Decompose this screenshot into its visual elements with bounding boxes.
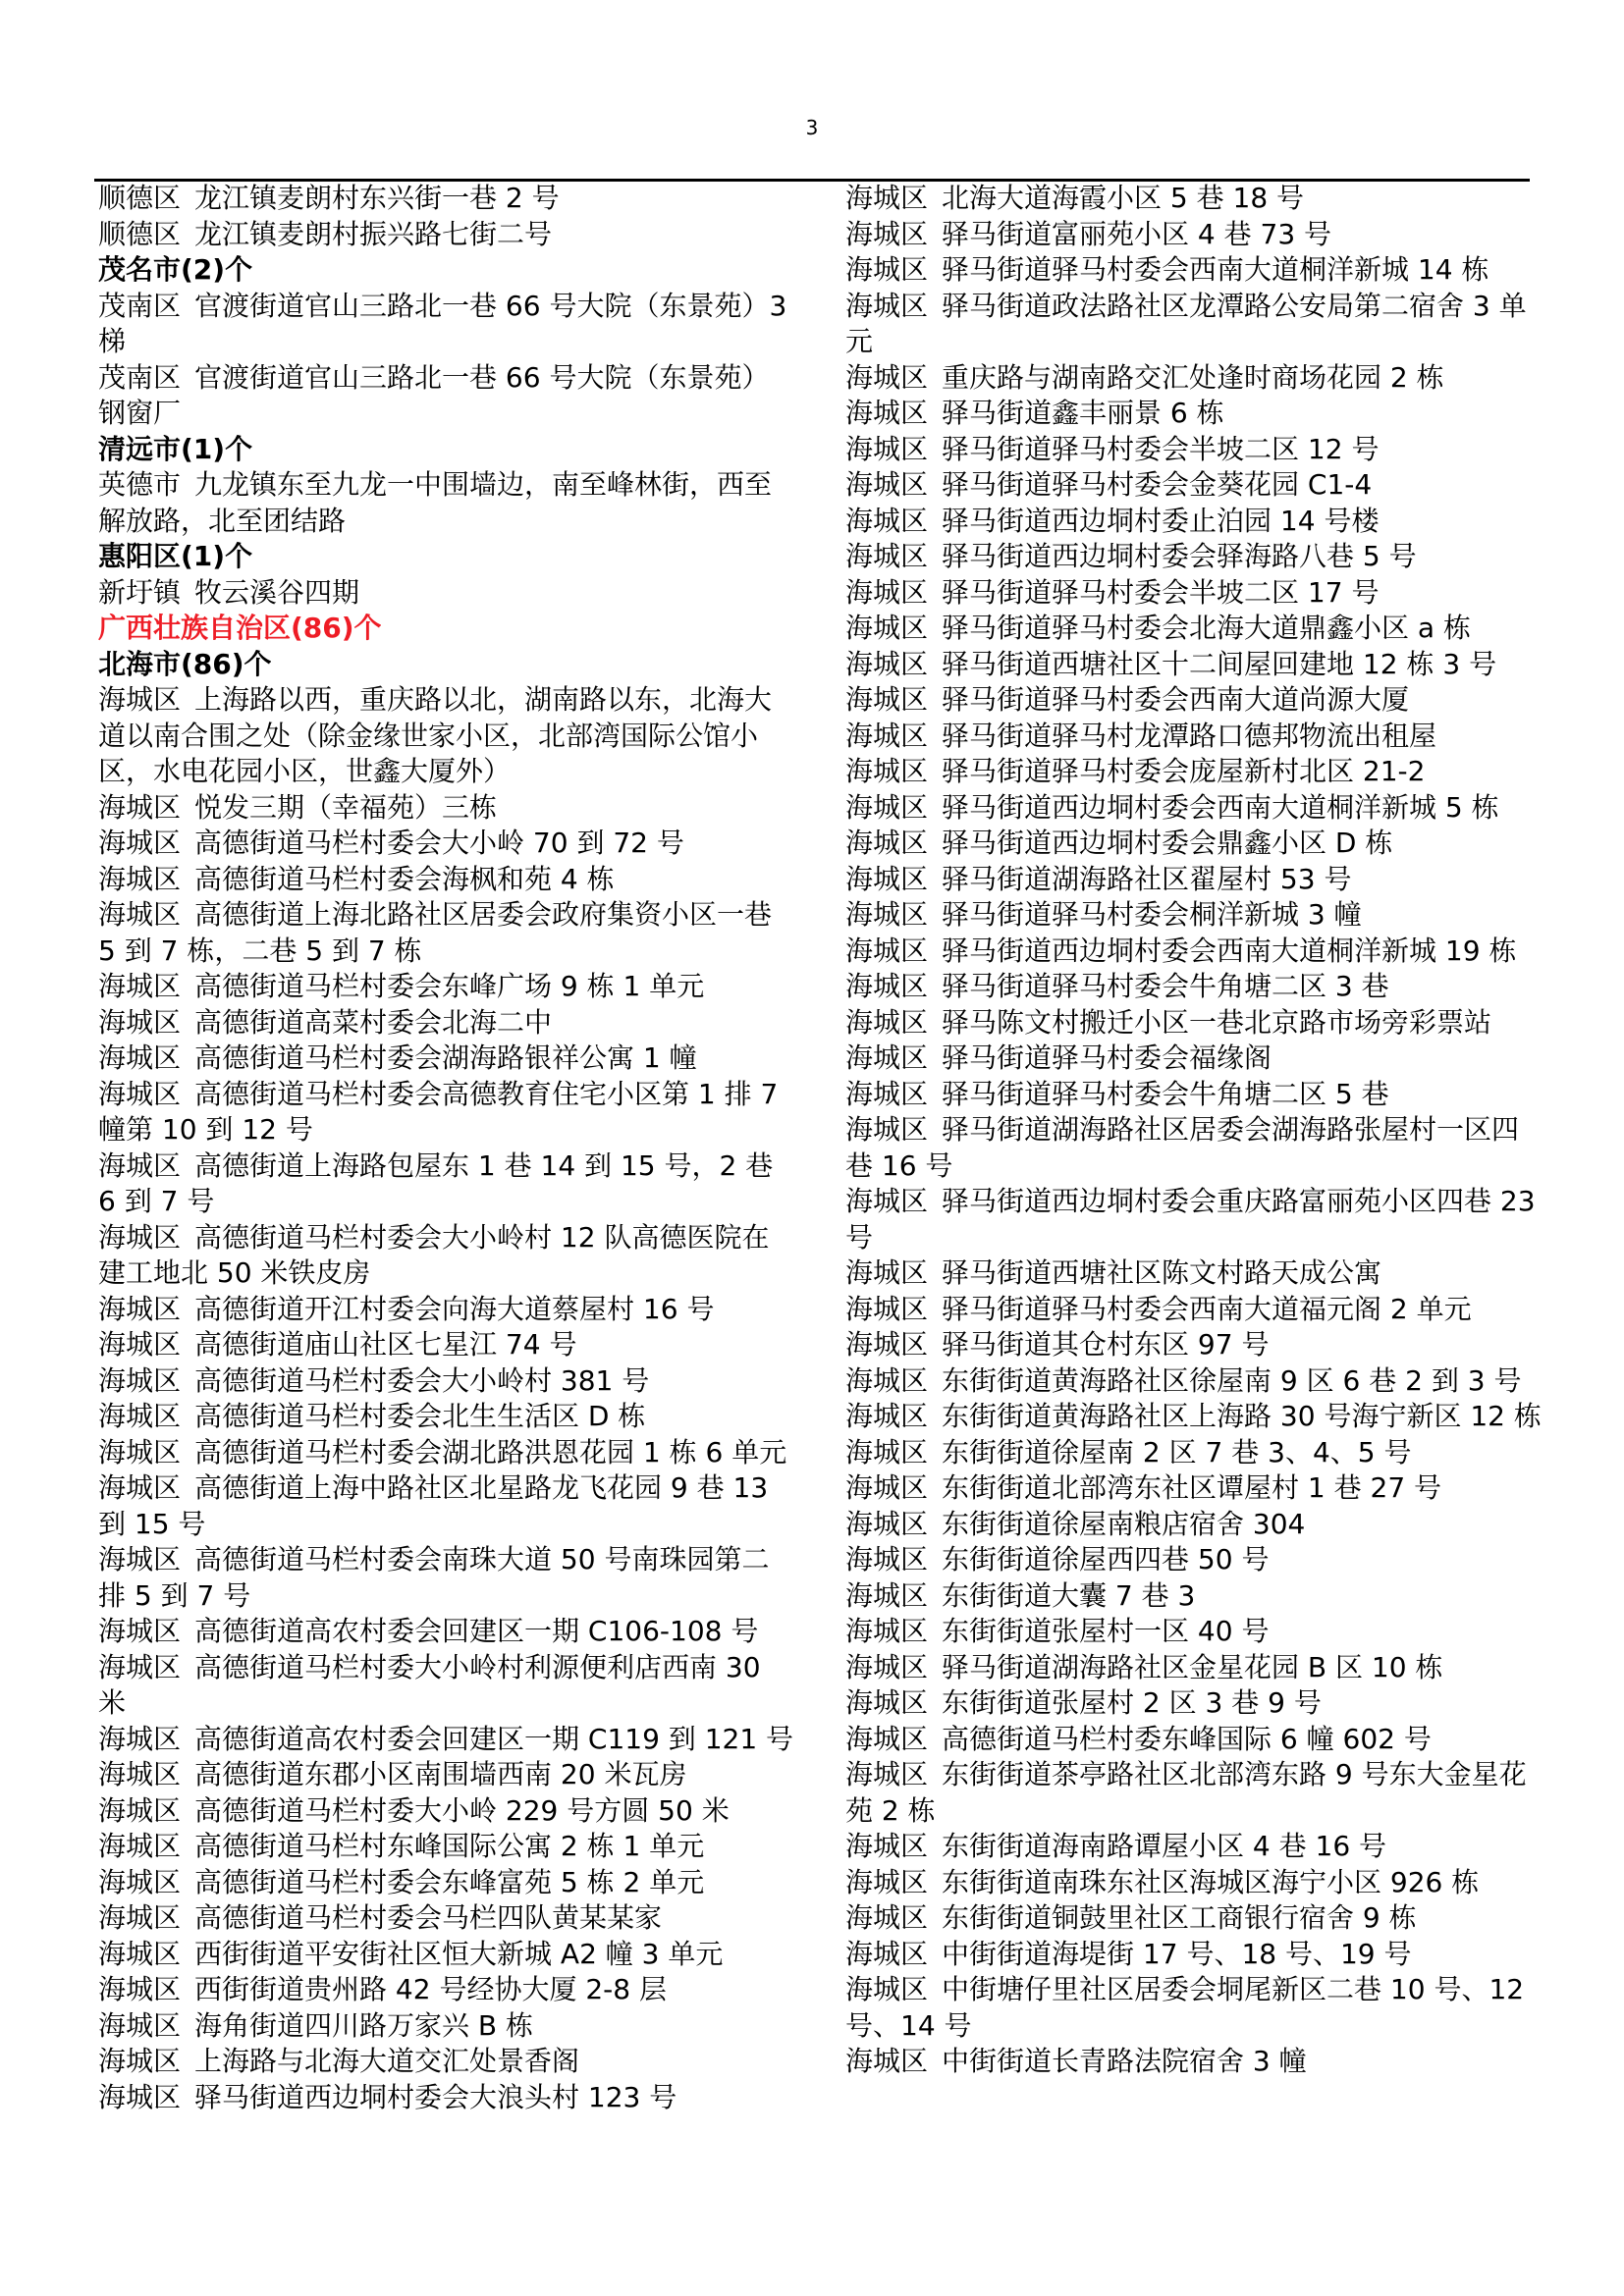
address-text: 驿马街道西边垌村委会重庆路富丽苑小区四巷 23 号 — [845, 1185, 1536, 1254]
district-label: 海城区 — [845, 648, 928, 680]
address-entry: 顺德区龙江镇麦朗村东兴街一巷 2 号 — [98, 181, 795, 217]
district-label: 海城区 — [98, 2081, 181, 2113]
address-entry: 海城区高德街道马栏村委会大小岭村 12 队高德医院在建工地北 50 米铁皮房 — [98, 1220, 795, 1292]
address-text: 高德街道马栏村委东峰国际 6 幢 602 号 — [942, 1723, 1432, 1755]
district-label: 海城区 — [845, 898, 928, 931]
address-entry: 海城区高德街道上海北路社区居委会政府集资小区一巷 5 到 7 栋，二巷 5 到 … — [98, 897, 795, 969]
address-text: 高德街道马栏村委会大小岭村 12 队高德医院在建工地北 50 米铁皮房 — [98, 1221, 769, 1290]
district-label: 顺德区 — [98, 218, 181, 250]
district-label: 海城区 — [845, 1328, 928, 1361]
district-label: 海城区 — [845, 1508, 928, 1540]
address-entry: 海城区东街街道张屋村 2 区 3 巷 9 号 — [845, 1685, 1543, 1722]
district-label: 茂南区 — [98, 361, 181, 394]
district-label: 顺德区 — [98, 182, 181, 214]
district-label: 海城区 — [845, 1543, 928, 1575]
district-label: 海城区 — [98, 1794, 181, 1827]
address-entry: 海城区驿马街道政法路社区龙潭路公安局第二宿舍 3 单元 — [845, 289, 1543, 360]
address-text: 九龙镇东至九龙一中围墙边，南至峰林街，西至解放路，北至团结路 — [98, 468, 772, 537]
district-label: 海城区 — [845, 1006, 928, 1039]
address-text: 重庆路与湖南路交汇处逢时商场花园 2 栋 — [942, 361, 1444, 394]
address-text: 高德街道东郡小区南围墙西南 20 米瓦房 — [194, 1758, 686, 1790]
address-text: 龙江镇麦朗村振兴路七街二号 — [194, 218, 552, 250]
district-label: 海城区 — [98, 1651, 181, 1683]
address-entry: 海城区高德街道马栏村东峰国际公寓 2 栋 1 单元 — [98, 1829, 795, 1865]
district-label: 海城区 — [845, 1938, 928, 1970]
address-entry: 海城区海角街道四川路万家兴 B 栋 — [98, 2008, 795, 2045]
address-entry: 海城区高德街道马栏村委会大小岭 70 到 72 号 — [98, 826, 795, 862]
city-heading: 惠阳区(1)个 — [98, 539, 795, 575]
address-text: 驿马街道驿马村委会福缘阁 — [942, 1041, 1272, 1074]
address-entry: 海城区北海大道海霞小区 5 巷 18 号 — [845, 181, 1543, 217]
district-label: 海城区 — [845, 791, 928, 824]
address-entry: 海城区高德街道高菜村委会北海二中 — [98, 1005, 795, 1041]
district-label: 海城区 — [845, 218, 928, 250]
district-label: 海城区 — [98, 1221, 181, 1254]
address-text: 驿马街道西边垌村委会驿海路八巷 5 号 — [942, 540, 1417, 572]
district-label: 海城区 — [845, 1651, 928, 1683]
address-entry: 海城区驿马街道驿马村委会北海大道鼎鑫小区 a 栋 — [845, 611, 1543, 647]
address-text: 高德街道马栏村委会南珠大道 50 号南珠园第二排 5 到 7 号 — [98, 1543, 769, 1612]
district-label: 海城区 — [98, 1830, 181, 1862]
district-label: 海城区 — [98, 1328, 181, 1361]
address-text: 驿马街道驿马村委会金葵花园 C1-4 — [942, 468, 1372, 501]
district-label: 海城区 — [98, 1866, 181, 1898]
district-label: 海城区 — [98, 683, 181, 716]
address-text: 西街街道贵州路 42 号经协大厦 2-8 层 — [194, 1973, 667, 2005]
address-text: 海角街道四川路万家兴 B 栋 — [194, 2009, 533, 2042]
district-label: 海城区 — [845, 1723, 928, 1755]
district-label: 茂南区 — [98, 290, 181, 322]
address-entry: 海城区驿马街道驿马村委会福缘阁 — [845, 1041, 1543, 1077]
address-text: 驿马街道富丽苑小区 4 巷 73 号 — [942, 218, 1331, 250]
address-text: 东街街道黄海路社区徐屋南 9 区 6 巷 2 到 3 号 — [942, 1364, 1521, 1397]
district-label: 海城区 — [98, 970, 181, 1002]
address-entry: 海城区东街街道大囊 7 巷 3 — [845, 1578, 1543, 1615]
address-text: 东街街道徐屋南粮店宿舍 304 — [942, 1508, 1305, 1540]
district-label: 海城区 — [845, 1901, 928, 1934]
city-heading: 北海市(86)个 — [98, 647, 795, 683]
address-text: 驿马街道西边垌村委会鼎鑫小区 D 栋 — [942, 827, 1392, 859]
left-column: 顺德区龙江镇麦朗村东兴街一巷 2 号顺德区龙江镇麦朗村振兴路七街二号茂名市(2)… — [98, 181, 795, 2115]
page-number: 3 — [0, 116, 1624, 139]
address-text: 驿马街道驿马村委会半坡二区 12 号 — [942, 433, 1379, 465]
address-text: 龙江镇麦朗村东兴街一巷 2 号 — [194, 182, 560, 214]
district-label: 海城区 — [98, 1543, 181, 1575]
address-text: 中街塘仔里社区居委会垌尾新区二巷 10 号、12 号、14 号 — [845, 1973, 1524, 2042]
address-entry: 海城区驿马街道驿马村委会西南大道尚源大厦 — [845, 682, 1543, 719]
district-label: 海城区 — [845, 1293, 928, 1325]
district-label: 海城区 — [845, 397, 928, 429]
address-entry: 海城区高德街道马栏村委会大小岭村 381 号 — [98, 1363, 795, 1400]
address-entry: 海城区驿马街道驿马村委会半坡二区 17 号 — [845, 575, 1543, 612]
address-text: 驿马街道湖海路社区居委会湖海路张屋村一区四巷 16 号 — [845, 1113, 1519, 1182]
district-label: 海城区 — [98, 2045, 181, 2077]
address-text: 上海路以西，重庆路以北，湖南路以东，北海大道以南合围之处（除金缘世家小区，北部湾… — [98, 683, 772, 787]
district-label: 海城区 — [845, 755, 928, 787]
address-text: 高德街道马栏村委会湖海路银祥公寓 1 幢 — [194, 1041, 697, 1074]
address-text: 高德街道马栏村东峰国际公寓 2 栋 1 单元 — [194, 1830, 704, 1862]
address-entry: 海城区驿马陈文村搬迁小区一巷北京路市场旁彩票站 — [845, 1005, 1543, 1041]
district-label: 海城区 — [845, 827, 928, 859]
address-entry: 海城区东街街道黄海路社区徐屋南 9 区 6 巷 2 到 3 号 — [845, 1363, 1543, 1400]
district-label: 海城区 — [98, 1006, 181, 1039]
address-text: 驿马街道驿马村委会西南大道桐洋新城 14 栋 — [942, 253, 1489, 286]
address-text: 驿马街道西塘社区十二间屋回建地 12 栋 3 号 — [942, 648, 1496, 680]
district-label: 海城区 — [98, 1973, 181, 2005]
address-text: 高德街道庙山社区七星江 74 号 — [194, 1328, 576, 1361]
address-entry: 海城区高德街道马栏村委会东峰富苑 5 栋 2 单元 — [98, 1865, 795, 1901]
district-label: 海城区 — [845, 1471, 928, 1504]
address-entry: 海城区驿马街道驿马村委会金葵花园 C1-4 — [845, 467, 1543, 504]
address-text: 东街街道茶亭路社区北部湾东路 9 号东大金星花苑 2 栋 — [845, 1758, 1527, 1827]
district-label: 新圩镇 — [98, 576, 181, 609]
address-text: 高德街道高农村委会回建区一期 C106-108 号 — [194, 1615, 758, 1647]
address-entry: 茂南区官渡街道官山三路北一巷 66 号大院（东景苑）钢窗厂 — [98, 360, 795, 432]
address-entry: 海城区驿马街道湖海路社区金星花园 B 区 10 栋 — [845, 1650, 1543, 1686]
address-entry: 海城区重庆路与湖南路交汇处逢时商场花园 2 栋 — [845, 360, 1543, 397]
district-label: 海城区 — [98, 1078, 181, 1110]
district-label: 海城区 — [845, 1686, 928, 1719]
address-entry: 海城区高德街道马栏村委会马栏四队黄某某家 — [98, 1900, 795, 1937]
address-text: 悦发三期（幸福苑）三栋 — [194, 791, 497, 824]
address-entry: 海城区中街街道长青路法院宿舍 3 幢 — [845, 2044, 1543, 2080]
address-entry: 海城区驿马街道西边垌村委会西南大道桐洋新城 19 栋 — [845, 934, 1543, 970]
address-entry: 海城区驿马街道西边垌村委止泊园 14 号楼 — [845, 504, 1543, 540]
address-entry: 海城区高德街道上海路包屋东 1 巷 14 到 15 号，2 巷 6 到 7 号 — [98, 1148, 795, 1220]
address-entry: 海城区驿马街道鑫丰丽景 6 栋 — [845, 396, 1543, 432]
district-label: 海城区 — [845, 1973, 928, 2005]
address-entry: 英德市九龙镇东至九龙一中围墙边，南至峰林街，西至解放路，北至团结路 — [98, 467, 795, 539]
district-label: 海城区 — [845, 433, 928, 465]
province-heading: 广西壮族自治区(86)个 — [98, 611, 795, 647]
district-label: 海城区 — [98, 2009, 181, 2042]
district-label: 海城区 — [845, 1041, 928, 1074]
district-label: 海城区 — [845, 1400, 928, 1432]
address-entry: 海城区驿马街道驿马村委会半坡二区 12 号 — [845, 432, 1543, 468]
address-text: 高德街道马栏村委会海枫和苑 4 栋 — [194, 863, 615, 895]
address-text: 驿马街道政法路社区龙潭路公安局第二宿舍 3 单元 — [845, 290, 1527, 358]
address-entry: 海城区高德街道马栏村委会南珠大道 50 号南珠园第二排 5 到 7 号 — [98, 1542, 795, 1614]
address-entry: 海城区东街街道海南路谭屋小区 4 巷 16 号 — [845, 1829, 1543, 1865]
address-text: 高德街道马栏村委大小岭村利源便利店西南 30 米 — [98, 1651, 761, 1720]
address-text: 驿马街道西塘社区陈文村路天成公寓 — [942, 1256, 1381, 1289]
address-text: 驿马街道驿马村委会西南大道尚源大厦 — [942, 683, 1409, 716]
address-text: 驿马街道驿马村委会牛角塘二区 5 巷 — [942, 1078, 1389, 1110]
address-entry: 海城区高德街道马栏村委会湖海路银祥公寓 1 幢 — [98, 1041, 795, 1077]
address-text: 官渡街道官山三路北一巷 66 号大院（东景苑）钢窗厂 — [98, 361, 769, 430]
address-text: 驿马街道西边垌村委止泊园 14 号楼 — [942, 505, 1379, 537]
address-text: 东街街道徐屋西四巷 50 号 — [942, 1543, 1269, 1575]
district-label: 海城区 — [845, 1615, 928, 1647]
district-label: 海城区 — [98, 1938, 181, 1970]
address-text: 高德街道马栏村委会高德教育住宅小区第 1 排 7 幢第 10 到 12 号 — [98, 1078, 778, 1147]
address-text: 高德街道马栏村委会大小岭村 381 号 — [194, 1364, 649, 1397]
address-text: 驿马街道驿马村委会西南大道福元阁 2 单元 — [942, 1293, 1472, 1325]
address-entry: 海城区东街街道徐屋西四巷 50 号 — [845, 1542, 1543, 1578]
district-label: 海城区 — [98, 863, 181, 895]
district-label: 海城区 — [98, 1436, 181, 1468]
address-text: 驿马街道驿马村委会庞屋新村北区 21-2 — [942, 755, 1425, 787]
address-entry: 海城区东街街道徐屋南 2 区 7 巷 3、4、5 号 — [845, 1435, 1543, 1471]
district-label: 海城区 — [845, 1758, 928, 1790]
district-label: 海城区 — [98, 1723, 181, 1755]
address-text: 高德街道马栏村委会大小岭 70 到 72 号 — [194, 827, 684, 859]
district-label: 海城区 — [845, 1113, 928, 1146]
address-entry: 海城区驿马街道驿马村委会桐洋新城 3 幢 — [845, 897, 1543, 934]
address-entry: 海城区高德街道马栏村委会海枫和苑 4 栋 — [98, 862, 795, 898]
address-text: 东街街道张屋村一区 40 号 — [942, 1615, 1269, 1647]
district-label: 海城区 — [845, 182, 928, 214]
address-text: 高德街道马栏村委会马栏四队黄某某家 — [194, 1901, 662, 1934]
address-entry: 海城区上海路与北海大道交汇处景香阁 — [98, 2044, 795, 2080]
district-label: 海城区 — [845, 361, 928, 394]
address-text: 高德街道高菜村委会北海二中 — [194, 1006, 552, 1039]
address-entry: 海城区高德街道高农村委会回建区一期 C106-108 号 — [98, 1614, 795, 1650]
address-text: 驿马街道西边垌村委会西南大道桐洋新城 5 栋 — [942, 791, 1499, 824]
address-entry: 海城区驿马街道驿马村委会西南大道桐洋新城 14 栋 — [845, 252, 1543, 289]
address-text: 东街街道南珠东社区海城区海宁小区 926 栋 — [942, 1866, 1479, 1898]
address-entry: 海城区高德街道开江村委会向海大道蔡屋村 16 号 — [98, 1292, 795, 1328]
district-label: 海城区 — [845, 863, 928, 895]
address-text: 西街街道平安街社区恒大新城 A2 幢 3 单元 — [194, 1938, 723, 1970]
address-text: 东街街道徐屋南 2 区 7 巷 3、4、5 号 — [942, 1436, 1411, 1468]
city-heading: 茂名市(2)个 — [98, 252, 795, 289]
address-entry: 海城区东街街道茶亭路社区北部湾东路 9 号东大金星花苑 2 栋 — [845, 1757, 1543, 1829]
district-label: 海城区 — [845, 2045, 928, 2077]
address-text: 高德街道马栏村委会北生生活区 D 栋 — [194, 1400, 645, 1432]
address-entry: 海城区高德街道马栏村委会高德教育住宅小区第 1 排 7 幢第 10 到 12 号 — [98, 1077, 795, 1148]
district-label: 海城区 — [98, 1471, 181, 1504]
address-text: 东街街道大囊 7 巷 3 — [942, 1579, 1195, 1612]
address-entry: 海城区东街街道黄海路社区上海路 30 号海宁新区 12 栋 — [845, 1399, 1543, 1435]
address-text: 高德街道马栏村委会东峰广场 9 栋 1 单元 — [194, 970, 704, 1002]
district-label: 海城区 — [845, 1436, 928, 1468]
address-text: 北海大道海霞小区 5 巷 18 号 — [942, 182, 1304, 214]
address-entry: 海城区西街街道平安街社区恒大新城 A2 幢 3 单元 — [98, 1937, 795, 1973]
address-text: 东街街道张屋村 2 区 3 巷 9 号 — [942, 1686, 1322, 1719]
district-label: 海城区 — [845, 970, 928, 1002]
address-text: 中街街道海堤街 17 号、18 号、19 号 — [942, 1938, 1412, 1970]
district-label: 海城区 — [845, 1078, 928, 1110]
address-entry: 海城区驿马街道驿马村委会牛角塘二区 3 巷 — [845, 969, 1543, 1005]
address-entry: 海城区高德街道上海中路社区北星路龙飞花园 9 巷 13 到 15 号 — [98, 1470, 795, 1542]
address-text: 高德街道高农村委会回建区一期 C119 到 121 号 — [194, 1723, 793, 1755]
address-entry: 海城区高德街道东郡小区南围墙西南 20 米瓦房 — [98, 1757, 795, 1793]
address-text: 高德街道开江村委会向海大道蔡屋村 16 号 — [194, 1293, 714, 1325]
district-label: 海城区 — [845, 468, 928, 501]
district-label: 海城区 — [98, 1615, 181, 1647]
address-entry: 海城区高德街道马栏村委东峰国际 6 幢 602 号 — [845, 1722, 1543, 1758]
address-entry: 海城区驿马街道驿马村委会牛角塘二区 5 巷 — [845, 1077, 1543, 1113]
district-label: 海城区 — [845, 1185, 928, 1217]
district-label: 海城区 — [98, 1149, 181, 1182]
district-label: 海城区 — [845, 683, 928, 716]
city-heading: 清远市(1)个 — [98, 432, 795, 468]
district-label: 海城区 — [845, 540, 928, 572]
address-entry: 海城区中街塘仔里社区居委会垌尾新区二巷 10 号、12 号、14 号 — [845, 1972, 1543, 2044]
address-entry: 海城区驿马街道湖海路社区翟屋村 53 号 — [845, 862, 1543, 898]
address-entry: 海城区东街街道北部湾东社区谭屋村 1 巷 27 号 — [845, 1470, 1543, 1507]
address-text: 驿马街道湖海路社区翟屋村 53 号 — [942, 863, 1351, 895]
district-label: 海城区 — [845, 1256, 928, 1289]
address-entry: 海城区驿马街道驿马村委会西南大道福元阁 2 单元 — [845, 1292, 1543, 1328]
address-entry: 海城区上海路以西，重庆路以北，湖南路以东，北海大道以南合围之处（除金缘世家小区，… — [98, 682, 795, 790]
right-column: 海城区北海大道海霞小区 5 巷 18 号海城区驿马街道富丽苑小区 4 巷 73 … — [845, 181, 1543, 2080]
district-label: 海城区 — [98, 1364, 181, 1397]
address-text: 驿马街道驿马村委会桐洋新城 3 幢 — [942, 898, 1362, 931]
district-label: 海城区 — [845, 1579, 928, 1612]
address-entry: 海城区高德街道马栏村委会北生生活区 D 栋 — [98, 1399, 795, 1435]
address-text: 驿马街道驿马村委会北海大道鼎鑫小区 a 栋 — [942, 612, 1471, 644]
district-label: 海城区 — [98, 1041, 181, 1074]
district-label: 海城区 — [845, 505, 928, 537]
district-label: 海城区 — [845, 612, 928, 644]
address-entry: 海城区驿马街道西塘社区陈文村路天成公寓 — [845, 1255, 1543, 1292]
address-entry: 海城区高德街道马栏村委大小岭村利源便利店西南 30 米 — [98, 1650, 795, 1722]
district-label: 英德市 — [98, 468, 181, 501]
address-entry: 海城区驿马街道驿马村委会庞屋新村北区 21-2 — [845, 754, 1543, 790]
address-text: 高德街道马栏村委大小岭 229 号方圆 50 米 — [194, 1794, 730, 1827]
address-text: 驿马街道西边垌村委会西南大道桐洋新城 19 栋 — [942, 934, 1516, 967]
address-text: 上海路与北海大道交汇处景香阁 — [194, 2045, 579, 2077]
address-text: 驿马街道驿马村委会半坡二区 17 号 — [942, 576, 1379, 609]
address-entry: 海城区西街街道贵州路 42 号经协大厦 2-8 层 — [98, 1972, 795, 2008]
address-entry: 新圩镇牧云溪谷四期 — [98, 575, 795, 612]
address-entry: 海城区东街街道铜鼓里社区工商银行宿舍 9 栋 — [845, 1900, 1543, 1937]
address-text: 驿马街道驿马村委会牛角塘二区 3 巷 — [942, 970, 1389, 1002]
address-entry: 海城区驿马街道西边垌村委会大浪头村 123 号 — [98, 2080, 795, 2116]
address-text: 驿马街道西边垌村委会大浪头村 123 号 — [194, 2081, 677, 2113]
district-label: 海城区 — [98, 1901, 181, 1934]
address-entry: 海城区高德街道高农村委会回建区一期 C119 到 121 号 — [98, 1722, 795, 1758]
district-label: 海城区 — [845, 290, 928, 322]
district-label: 海城区 — [845, 1830, 928, 1862]
address-entry: 海城区驿马街道湖海路社区居委会湖海路张屋村一区四巷 16 号 — [845, 1112, 1543, 1184]
address-entry: 茂南区官渡街道官山三路北一巷 66 号大院（东景苑）3 梯 — [98, 289, 795, 360]
address-entry: 海城区驿马街道西边垌村委会西南大道桐洋新城 5 栋 — [845, 790, 1543, 827]
address-text: 东街街道黄海路社区上海路 30 号海宁新区 12 栋 — [942, 1400, 1542, 1432]
address-entry: 海城区悦发三期（幸福苑）三栋 — [98, 790, 795, 827]
address-entry: 海城区驿马街道西边垌村委会重庆路富丽苑小区四巷 23 号 — [845, 1184, 1543, 1255]
district-label: 海城区 — [845, 934, 928, 967]
address-entry: 海城区高德街道庙山社区七星江 74 号 — [98, 1327, 795, 1363]
address-text: 官渡街道官山三路北一巷 66 号大院（东景苑）3 梯 — [98, 290, 786, 358]
district-label: 海城区 — [845, 1866, 928, 1898]
address-text: 高德街道马栏村委会湖北路洪恩花园 1 栋 6 单元 — [194, 1436, 786, 1468]
address-entry: 海城区驿马街道西塘社区十二间屋回建地 12 栋 3 号 — [845, 647, 1543, 683]
district-label: 海城区 — [98, 1758, 181, 1790]
district-label: 海城区 — [98, 827, 181, 859]
district-label: 海城区 — [98, 1400, 181, 1432]
address-entry: 海城区驿马街道西边垌村委会鼎鑫小区 D 栋 — [845, 826, 1543, 862]
address-text: 东街街道北部湾东社区谭屋村 1 巷 27 号 — [942, 1471, 1441, 1504]
address-text: 东街街道铜鼓里社区工商银行宿舍 9 栋 — [942, 1901, 1417, 1934]
address-text: 中街街道长青路法院宿舍 3 幢 — [942, 2045, 1307, 2077]
address-text: 东街街道海南路谭屋小区 4 巷 16 号 — [942, 1830, 1386, 1862]
address-entry: 海城区高德街道马栏村委大小岭 229 号方圆 50 米 — [98, 1793, 795, 1830]
district-label: 海城区 — [98, 791, 181, 824]
district-label: 海城区 — [98, 898, 181, 931]
address-entry: 海城区驿马街道其仓村东区 97 号 — [845, 1327, 1543, 1363]
address-entry: 海城区东街街道徐屋南粮店宿舍 304 — [845, 1507, 1543, 1543]
address-entry: 海城区中街街道海堤街 17 号、18 号、19 号 — [845, 1937, 1543, 1973]
address-entry: 海城区东街街道张屋村一区 40 号 — [845, 1614, 1543, 1650]
address-text: 高德街道上海北路社区居委会政府集资小区一巷 5 到 7 栋，二巷 5 到 7 栋 — [98, 898, 772, 967]
address-entry: 海城区驿马街道驿马村龙潭路口德邦物流出租屋 — [845, 719, 1543, 755]
address-entry: 海城区高德街道马栏村委会湖北路洪恩花园 1 栋 6 单元 — [98, 1435, 795, 1471]
district-label: 海城区 — [98, 1293, 181, 1325]
address-text: 牧云溪谷四期 — [194, 576, 359, 609]
district-label: 海城区 — [845, 576, 928, 609]
address-text: 驿马街道驿马村龙潭路口德邦物流出租屋 — [942, 720, 1436, 752]
address-entry: 海城区东街街道南珠东社区海城区海宁小区 926 栋 — [845, 1865, 1543, 1901]
address-entry: 顺德区龙江镇麦朗村振兴路七街二号 — [98, 217, 795, 253]
district-label: 海城区 — [845, 720, 928, 752]
address-text: 驿马街道鑫丰丽景 6 栋 — [942, 397, 1224, 429]
address-entry: 海城区高德街道马栏村委会东峰广场 9 栋 1 单元 — [98, 969, 795, 1005]
address-entry: 海城区驿马街道西边垌村委会驿海路八巷 5 号 — [845, 539, 1543, 575]
district-label: 海城区 — [845, 253, 928, 286]
address-text: 驿马街道湖海路社区金星花园 B 区 10 栋 — [942, 1651, 1442, 1683]
address-text: 高德街道马栏村委会东峰富苑 5 栋 2 单元 — [194, 1866, 704, 1898]
address-text: 驿马街道其仓村东区 97 号 — [942, 1328, 1269, 1361]
address-text: 驿马陈文村搬迁小区一巷北京路市场旁彩票站 — [942, 1006, 1491, 1039]
address-text: 高德街道上海中路社区北星路龙飞花园 9 巷 13 到 15 号 — [98, 1471, 768, 1540]
district-label: 海城区 — [845, 1364, 928, 1397]
address-text: 高德街道上海路包屋东 1 巷 14 到 15 号，2 巷 6 到 7 号 — [98, 1149, 773, 1218]
address-entry: 海城区驿马街道富丽苑小区 4 巷 73 号 — [845, 217, 1543, 253]
